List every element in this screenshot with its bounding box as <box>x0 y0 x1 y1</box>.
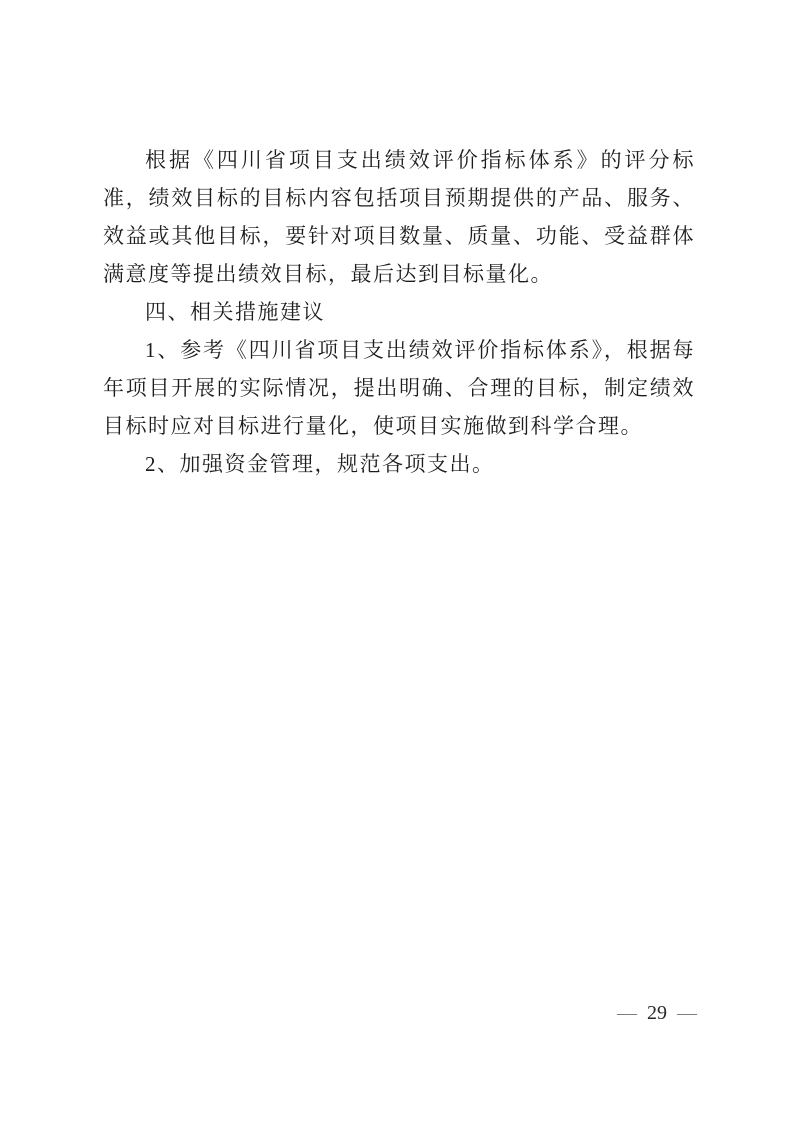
document-body: 根据《四川省项目支出绩效评价指标体系》的评分标准，绩效目标的目标内容包括项目预期… <box>103 141 695 483</box>
footer-dash-right: — <box>677 1002 697 1024</box>
page-number: 29 <box>647 1002 667 1024</box>
page-footer: —29— <box>617 1000 697 1026</box>
paragraph-recommendation-1: 1、参考《四川省项目支出绩效评价指标体系》，根据每年项目开展的实际情况，提出明确… <box>103 331 695 445</box>
footer-dash-left: — <box>617 1002 637 1024</box>
document-page: 根据《四川省项目支出绩效评价指标体系》的评分标准，绩效目标的目标内容包括项目预期… <box>0 0 793 1122</box>
paragraph-scoring-standard: 根据《四川省项目支出绩效评价指标体系》的评分标准，绩效目标的目标内容包括项目预期… <box>103 141 695 293</box>
section-heading-related-measures: 四、相关措施建议 <box>103 293 695 331</box>
paragraph-recommendation-2: 2、加强资金管理，规范各项支出。 <box>103 445 695 483</box>
